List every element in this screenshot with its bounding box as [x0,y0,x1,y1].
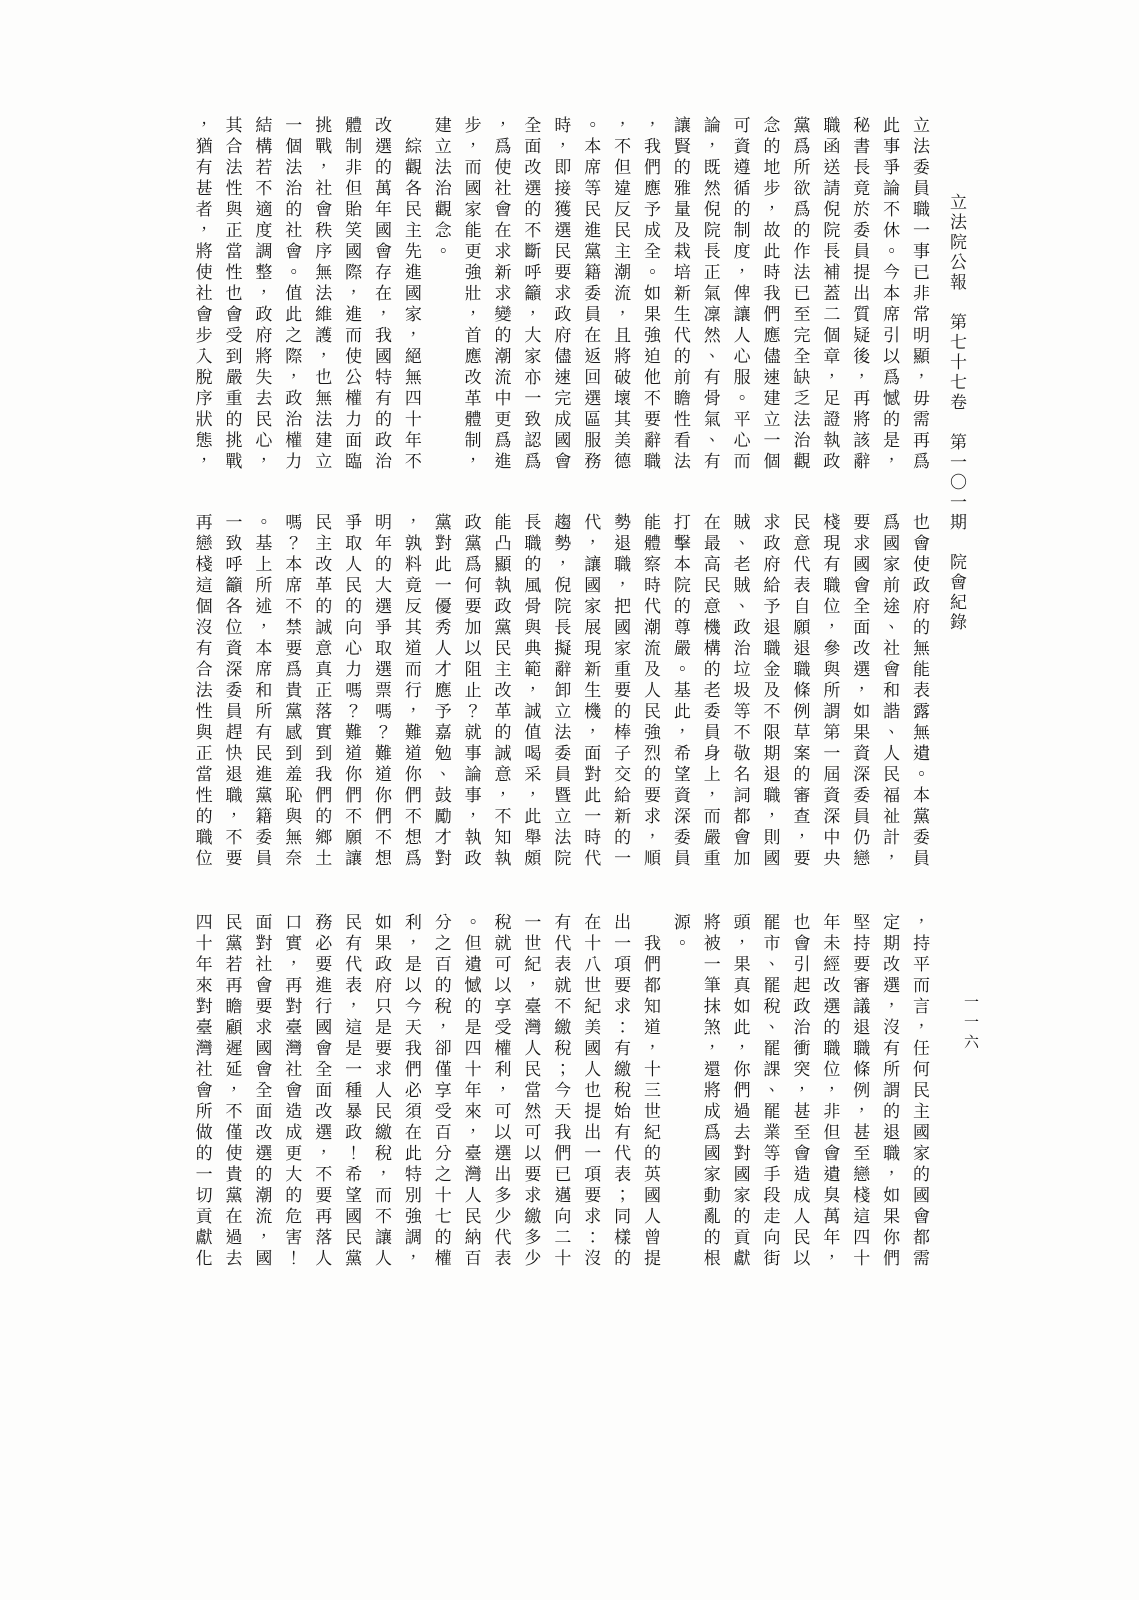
text-column: 建立法治觀念。 [426,116,456,478]
text-column: 打擊本院的尊嚴。基此，希望資深委員 [665,513,695,875]
text-column: 職函送請倪院長補蓋二個章，足證執政 [814,116,844,478]
text-column: 民有代表，這是一種暴政！希望國民黨 [336,913,366,1275]
text-column: 挑戰，社會秩序無法維護，也無法建立 [306,116,336,478]
text-column: ，孰料竟反其道而行，難道你們不想爲 [396,513,426,875]
page-number: 一一六 [960,994,981,1054]
text-column: 要求國會全面改選，如果資深委員仍戀 [844,513,874,875]
text-column: 。本席等民進黨籍委員在返回選區服務 [575,116,605,478]
text-column: 也會引起政治衝突，甚至會造成人民以 [785,913,815,1275]
text-column: ，不但違反民主潮流，且將破壞其美德 [605,116,635,478]
text-column: 一世紀，臺灣人民當然可以要求繳多少 [516,913,546,1275]
text-column: 年未經改選的職位，非但會遺臭萬年， [814,913,844,1275]
text-column: 爲國家前途、社會和諧、人民福祉計， [874,513,904,875]
text-column: 長職的風骨與典範，誠值喝采，此舉頗 [516,513,546,875]
text-column: 體制非但貽笑國際，進而使公權力面臨 [336,116,366,478]
text-column: 也會使政府的無能表露無遺。本黨委員 [904,513,934,875]
text-column: 明年的大選爭取選票嗎？難道你們不想 [366,513,396,875]
text-column: 有代表就不繳稅；今天我們已邁向二十 [545,913,575,1275]
text-column: 立法委員職一事已非常明顯，毋需再爲 [904,116,934,478]
text-column: 罷市、罷稅、罷課、罷業等手段走向街 [755,913,785,1275]
text-column: 綜觀各民主先進國家，絕無四十年不 [396,116,426,478]
text-column: 此事爭論不休。今本席引以爲憾的是， [874,116,904,478]
text-band-middle: 也會使政府的無能表露無遺。本黨委員爲國家前途、社會和諧、人民福祉計，要求國會全面… [186,513,934,875]
text-column: 結構若不適度調整，政府將失去民心， [247,116,277,478]
text-column: 面對社會要求國會全面改選的潮流，國 [247,913,277,1275]
text-column: 趨勢，倪院長擬辭卸立法委員暨立法院 [545,513,575,875]
text-column: 民黨若再瞻顧遲延，不僅使貴黨在過去 [217,913,247,1275]
text-column: 堅持要審議退職條例，甚至戀棧這四十 [844,913,874,1275]
text-column: 我們都知道，十三世紀的英國人曾提 [635,913,665,1275]
text-column: 如果政府只是要求人民繳稅，而不讓人 [366,913,396,1275]
text-column: 一個法治的社會。值此之際，政治權力 [276,116,306,478]
text-column: 賊、老賊、政治垃圾等不敬名詞都會加 [725,513,755,875]
text-band-bottom: ，持平而言，任何民主國家的國會都需定期改選，沒有所謂的退職，如果你們堅持要審議退… [186,913,934,1275]
text-column: 。但遺憾的是四十年來，臺灣人民納百 [456,913,486,1275]
text-column: 勢退職，把國家重要的棒子交給新的一 [605,513,635,875]
text-column: ，猶有甚者，將使社會步入脫序狀態， [187,116,217,478]
text-column: ，持平而言，任何民主國家的國會都需 [904,913,934,1275]
text-column: 棧現有職位，參與所謂第一屆資深中央 [814,513,844,875]
text-column: 秘書長竟於委員提出質疑後，再將該辭 [844,116,874,478]
text-column: 四十年來對臺灣社會所做的一切貢獻化 [187,913,217,1275]
text-column: 源。 [665,913,695,1275]
text-column: 讓賢的雅量及栽培新生代的前瞻性看法 [665,116,695,478]
text-column: 將被一筆抹煞，還將成爲國家動亂的根 [695,913,725,1275]
gazette-running-head: 立法院公報 第七十七卷 第一〇一期 院會紀錄 [944,193,969,653]
text-column: 頭，果真如此，你們過去對國家的貢獻 [725,913,755,1275]
text-column: 。基上所述，本席和所有民進黨籍委員 [247,513,277,875]
text-column: 改選的萬年國會存在，我國特有的政治 [366,116,396,478]
text-column: ，我們應予成全。如果強迫他不要辭職 [635,116,665,478]
text-column: 民主改革的誠意真正落實到我們的鄉土 [306,513,336,875]
text-column: 全面改選的不斷呼籲，大家亦一致認爲 [516,116,546,478]
text-column: ，爲使社會在求新求變的潮流中更爲進 [486,116,516,478]
text-column: 口實，再對臺灣社會造成更大的危害！ [276,913,306,1275]
text-column: 利，是以今天我們必須在此特別強調， [396,913,426,1275]
text-column: 求政府給予退職金及不限期退職，則國 [755,513,785,875]
text-column: 代，讓國家展現新生機，面對此一時代 [575,513,605,875]
text-column: 嗎？本席不禁要爲貴黨感到羞恥與無奈 [276,513,306,875]
text-column: 步，而國家能更強壯，首應改革體制， [456,116,486,478]
text-column: 稅就可以享受權利，可以選出多少代表 [486,913,516,1275]
text-column: 黨對此一優秀人才應予嘉勉、鼓勵才對 [426,513,456,875]
text-column: 時，即接獲選民要求政府儘速完成國會 [545,116,575,478]
text-column: 論，既然倪院長正氣凜然、有骨氣、有 [695,116,725,478]
text-column: 能體察時代潮流及人民強烈的要求，順 [635,513,665,875]
text-column: 出一項要求：有繳稅始有代表；同樣的 [605,913,635,1275]
text-band-top: 立法委員職一事已非常明顯，毋需再爲此事爭論不休。今本席引以爲憾的是，秘書長竟於委… [186,116,934,478]
text-column: 在十八世紀美國人也提出一項要求：沒 [575,913,605,1275]
text-column: 務必要進行國會全面改選，不要再落人 [306,913,336,1275]
text-column: 定期改選，沒有所謂的退職，如果你們 [874,913,904,1275]
text-column: 黨爲所欲爲的作法已至完全缺乏法治觀 [785,116,815,478]
text-column: 政黨爲何要加以阻止？就事論事，執政 [456,513,486,875]
text-column: 民意代表自願退職條例草案的審查，要 [785,513,815,875]
text-column: 在最高民意機構的老委員身上，而嚴重 [695,513,725,875]
text-column: 爭取人民的向心力嗎？難道你們不願讓 [336,513,366,875]
text-column: 其合法性與正當性也會受到嚴重的挑戰 [217,116,247,478]
text-column: 能凸顯執政黨民主改革的誠意，不知執 [486,513,516,875]
text-column: 再戀棧這個沒有合法性與正當性的職位 [187,513,217,875]
document-page: 立法院公報 第七十七卷 第一〇一期 院會紀錄 一一六 立法委員職一事已非常明顯，… [0,0,1139,1600]
text-column: 可資遵循的制度，俾讓人心服。平心而 [725,116,755,478]
text-column: 念的地步，故此時我們應儘速建立一個 [755,116,785,478]
text-column: 一致呼籲各位資深委員趕快退職，不要 [217,513,247,875]
text-column: 分之百的稅，卻僅享受百分之十七的權 [426,913,456,1275]
